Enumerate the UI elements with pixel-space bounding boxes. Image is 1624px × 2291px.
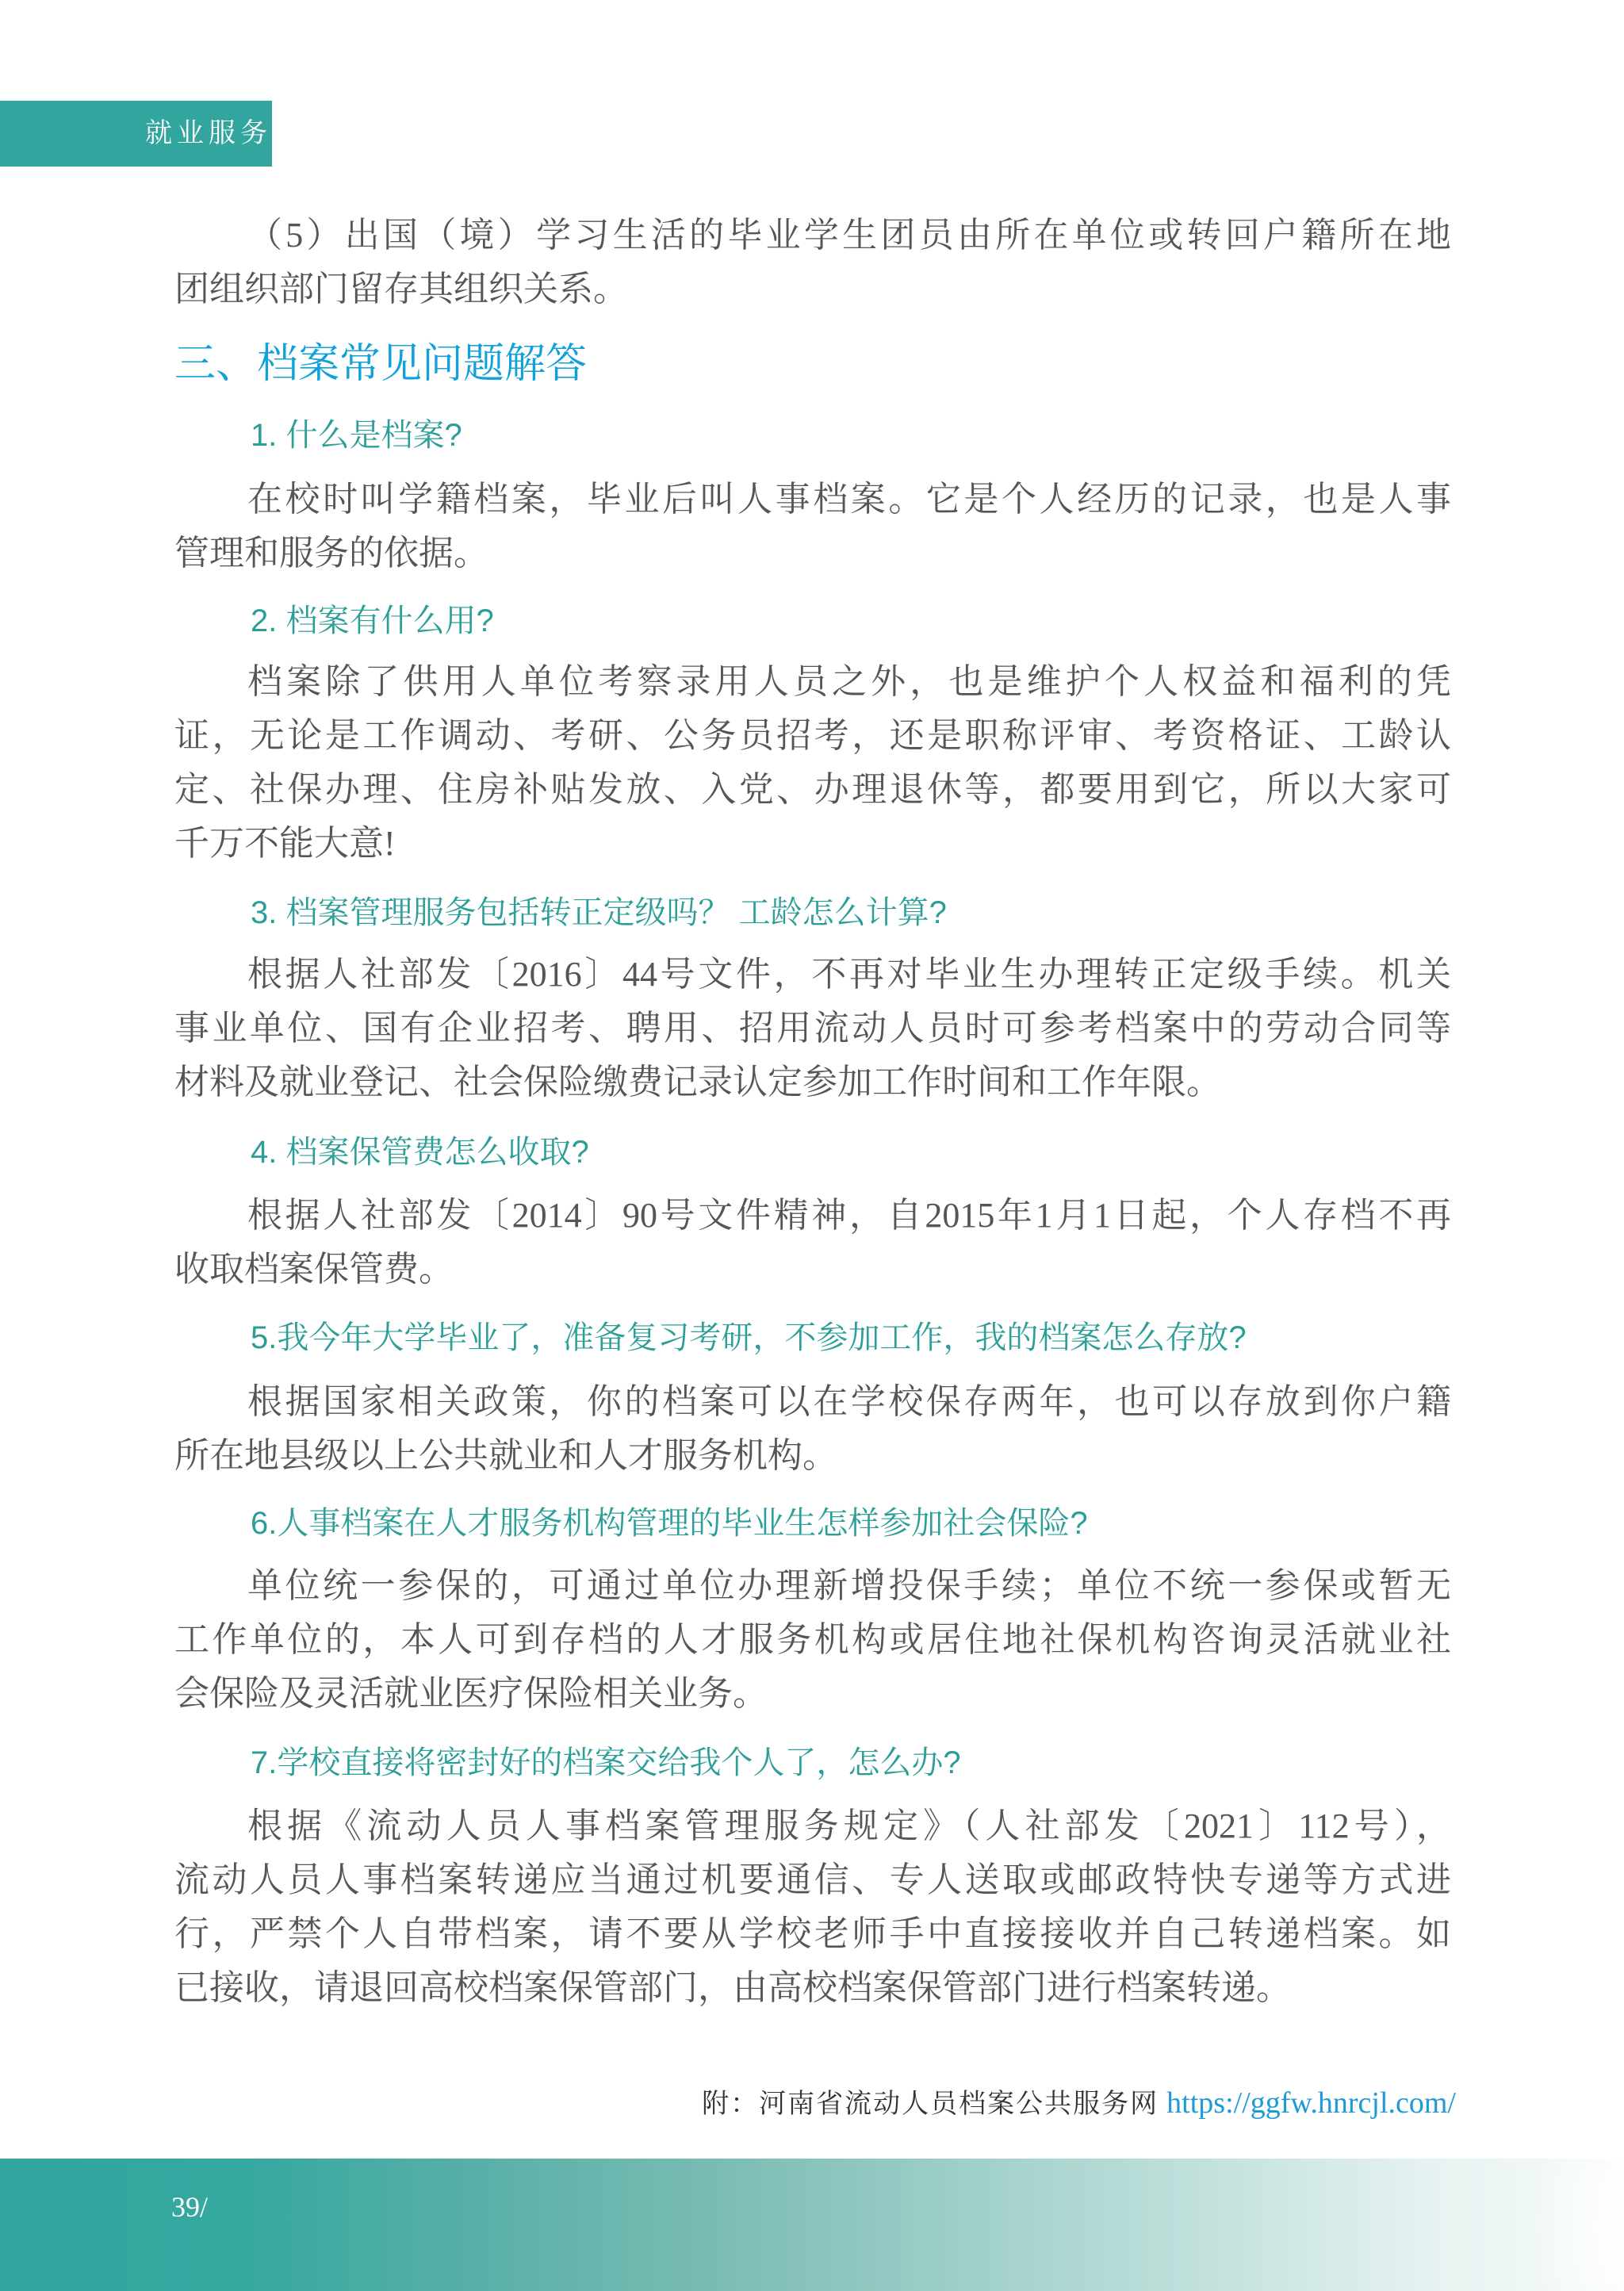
paragraph-line: 在校时叫学籍档案，毕业后叫人事档案。它是个人经历的记录，也是人事 (174, 473, 1451, 527)
faq-answer-3: 根据人社部发〔2016〕44号文件，不再对毕业生办理转正定级手续。机关 事业单位… (174, 948, 1451, 1109)
faq-answer-7: 根据《流动人员人事档案管理服务规定》（人社部发〔2021〕112号）， 流动人员… (174, 1799, 1451, 2015)
paragraph-line: 档案除了供用人单位考察录用人员之外，也是维护个人权益和福利的凭 (174, 655, 1451, 709)
paragraph-line: 所在地县级以上公共就业和人才服务机构。 (174, 1429, 1451, 1483)
faq-answer-4: 根据人社部发〔2014〕90号文件精神，自2015年1月1日起，个人存档不再 收… (174, 1189, 1451, 1297)
paragraph-line: 工作单位的，本人可到存档的人才服务机构或居住地社保机构咨询灵活就业社 (174, 1613, 1451, 1667)
faq-answer-5: 根据国家相关政策，你的档案可以在学校保存两年，也可以存放到你户籍 所在地县级以上… (174, 1375, 1451, 1483)
paragraph-line: 团组织部门留存其组织关系。 (174, 262, 1451, 316)
footer-band: 39/ (0, 2159, 1624, 2291)
faq-answer-2: 档案除了供用人单位考察录用人员之外，也是维护个人权益和福利的凭 证，无论是工作调… (174, 655, 1451, 871)
faq-question-7: 7.学校直接将密封好的档案交给我个人了，怎么办? (251, 1739, 961, 1787)
section-header-bar: 就业服务 (0, 101, 272, 167)
paragraph-line: 证，无论是工作调动、考研、公务员招考，还是职称评审、考资格证、工龄认 (174, 709, 1451, 763)
paragraph-line: 会保险及灵活就业医疗保险相关业务。 (174, 1667, 1451, 1721)
section-label: 就业服务 (145, 101, 272, 167)
faq-answer-1: 在校时叫学籍档案，毕业后叫人事档案。它是个人经历的记录，也是人事 管理和服务的依… (174, 473, 1451, 580)
paragraph-line: 根据国家相关政策，你的档案可以在学校保存两年，也可以存放到你户籍 (174, 1375, 1451, 1429)
footnote: 附：河南省流动人员档案公共服务网https://ggfw.hnrcjl.com/ (702, 2084, 1456, 2122)
section-title: 三、档案常见问题解答 (174, 340, 587, 388)
faq-question-5: 5.我今年大学毕业了，准备复习考研，不参加工作，我的档案怎么存放? (251, 1314, 1247, 1362)
paragraph-line: 收取档案保管费。 (174, 1243, 1451, 1297)
paragraph-line: 定、社保办理、住房补贴发放、入党、办理退休等，都要用到它，所以大家可 (174, 763, 1451, 817)
footnote-label: 附：河南省流动人员档案公共服务网 (702, 2088, 1159, 2120)
paragraph-line: 材料及就业登记、社会保险缴费记录认定参加工作时间和工作年限。 (174, 1055, 1451, 1109)
paragraph-line: 事业单位、国有企业招考、聘用、招用流动人员时可参考档案中的劳动合同等 (174, 1002, 1451, 1055)
paragraph-line: 行，严禁个人自带档案，请不要从学校老师手中直接接收并自己转递档案。如 (174, 1907, 1451, 1961)
intro-paragraph: （5）出国（境）学习生活的毕业学生团员由所在单位或转回户籍所在地 团组织部门留存… (174, 209, 1451, 316)
faq-answer-6: 单位统一参保的，可通过单位办理新增投保手续；单位不统一参保或暂无 工作单位的，本… (174, 1559, 1451, 1721)
faq-question-3: 3. 档案管理服务包括转正定级吗？ 工龄怎么计算? (251, 889, 947, 937)
paragraph-line: 根据《流动人员人事档案管理服务规定》（人社部发〔2021〕112号）， (174, 1799, 1451, 1853)
paragraph-line: 千万不能大意! (174, 817, 1451, 871)
faq-question-4: 4. 档案保管费怎么收取? (251, 1128, 589, 1176)
paragraph-line: 已接收，请退回高校档案保管部门，由高校档案保管部门进行档案转递。 (174, 1961, 1451, 2015)
paragraph-line: 根据人社部发〔2014〕90号文件精神，自2015年1月1日起，个人存档不再 (174, 1189, 1451, 1243)
paragraph-line: 单位统一参保的，可通过单位办理新增投保手续；单位不统一参保或暂无 (174, 1559, 1451, 1613)
faq-question-2: 2. 档案有什么用? (251, 597, 494, 645)
paragraph-line: 流动人员人事档案转递应当通过机要通信、专人送取或邮政特快专递等方式进 (174, 1853, 1451, 1907)
paragraph-line: （5）出国（境）学习生活的毕业学生团员由所在单位或转回户籍所在地 (174, 209, 1451, 262)
faq-question-1: 1. 什么是档案? (251, 412, 462, 459)
paragraph-line: 根据人社部发〔2016〕44号文件，不再对毕业生办理转正定级手续。机关 (174, 948, 1451, 1002)
service-website-link[interactable]: https://ggfw.hnrcjl.com/ (1166, 2086, 1456, 2120)
faq-question-6: 6.人事档案在人才服务机构管理的毕业生怎样参加社会保险? (251, 1500, 1088, 1547)
page-number: 39/ (171, 2187, 208, 2227)
paragraph-line: 管理和服务的依据。 (174, 527, 1451, 580)
